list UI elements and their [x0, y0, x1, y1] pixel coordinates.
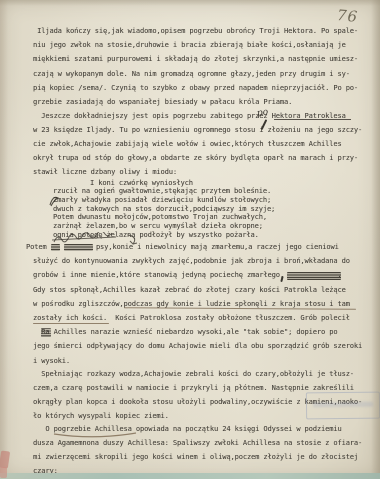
- pen-correction-mark-icon: [49, 194, 61, 207]
- struck-out-word: [287, 272, 341, 280]
- pencil-underline: [33, 323, 109, 324]
- handwritten-insertion-po: po: [256, 107, 269, 119]
- scan-edge-right: [371, 0, 380, 479]
- paragraph-iliad-hector-funeral: Iljada kończy się,jak wiadomo,opisem pog…: [33, 24, 358, 109]
- typescript-page-scan: 76 Iljada kończy się,jak wiadomo,opisem …: [0, 0, 380, 479]
- paragraph-funeral-rites: Potem psy,konie i niewolnicy mają zmarłe…: [33, 240, 362, 368]
- struck-out-word: [51, 244, 60, 252]
- handwritten-page-number: 76: [336, 6, 359, 26]
- typed-underline-hektora-patroklesa: [274, 119, 351, 120]
- faint-stamp: [306, 392, 380, 420]
- verse-homer-quote: I koni czwórkę wyniosłych rzucił na ogie…: [53, 179, 275, 240]
- scan-edge-left: [0, 0, 8, 479]
- scan-artifact-pink: [0, 467, 7, 478]
- pencil-underline-curved: [53, 431, 137, 440]
- scan-artifact-pink: [0, 450, 10, 468]
- scan-edge-bottom: [0, 473, 380, 479]
- struck-out-word: [64, 244, 93, 252]
- struck-out-word: [41, 328, 51, 337]
- scan-edge-top: [0, 0, 380, 6]
